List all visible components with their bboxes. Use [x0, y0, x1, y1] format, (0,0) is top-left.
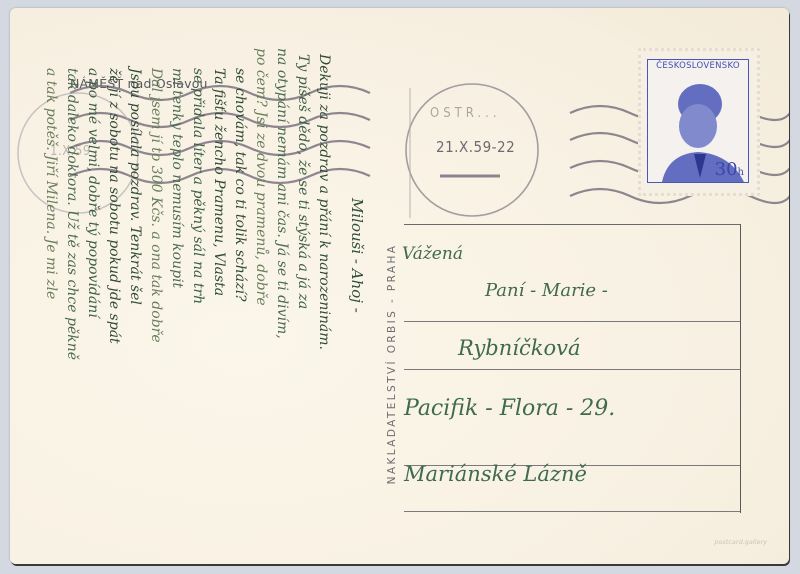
publisher-imprint: NAKLADATELSTVÍ ORBIS - PRAHA	[386, 244, 398, 485]
message-line: a po mé velmi, dobře tý popovídání	[85, 68, 101, 318]
message-line: Dekuji za pozdrav a přání k narozeninám.	[316, 54, 332, 350]
postmark-date: 21.X.59-22	[436, 138, 515, 156]
message-line: Dal jsem jí to 300 Kčs. a ona tak dobře	[148, 68, 164, 343]
address-name: Paní - Marie -	[485, 280, 608, 301]
message-line: se chovám, tak co ti tolik schází?	[232, 68, 248, 302]
watermark: postcard.gallery	[714, 538, 767, 546]
message-line: Jsou posílala pozdrav. Tenkrát šel	[127, 68, 143, 305]
address-street: Pacifik - Flora - 29.	[404, 396, 615, 421]
address-salutation: Vážená	[402, 244, 463, 264]
message-line: Ta fišťu žencho Pramenu, Vlasta	[211, 68, 227, 296]
stamp-frame: ČESKOSLOVENSKO 30h	[647, 59, 749, 183]
message-line: Ty píšeš dědo, že se ti stýská a já za	[295, 54, 311, 309]
message-greeting: Milouši - Ahoj -	[348, 198, 366, 313]
address-city: Mariánské Lázně	[404, 462, 587, 486]
message-line: po čem? Jsi ze dvou pramenů, dobře	[253, 48, 269, 306]
message-line: na otypání nemám ani čas. Já se ti divím…	[274, 48, 290, 339]
message-line: tak daleko doktora. Už tě zas chce pěkně	[64, 68, 80, 360]
postmark-town: OSTR...	[430, 106, 501, 121]
address-rule	[404, 511, 740, 512]
message-line: že jí z sobotu na sobotu pokud jde spát	[106, 68, 122, 344]
message-line: a tak potěš. Jiří Milena. Je mi zle	[43, 68, 59, 299]
postcard: NÁMĚŠŤ nad Oslavou 21.X.59-22 OSTR... 1.…	[10, 8, 789, 564]
stamp-value: 30h	[715, 159, 744, 180]
address-rule	[404, 321, 740, 322]
postage-stamp: ČESKOSLOVENSKO 30h	[638, 48, 760, 196]
address-rule	[404, 369, 740, 370]
message-line: mi tenky teplo nemusím koupit	[169, 68, 185, 288]
message-line: se přidala líter a pěkný sál na trh	[190, 68, 206, 304]
address-surname: Rybníčková	[458, 336, 581, 360]
